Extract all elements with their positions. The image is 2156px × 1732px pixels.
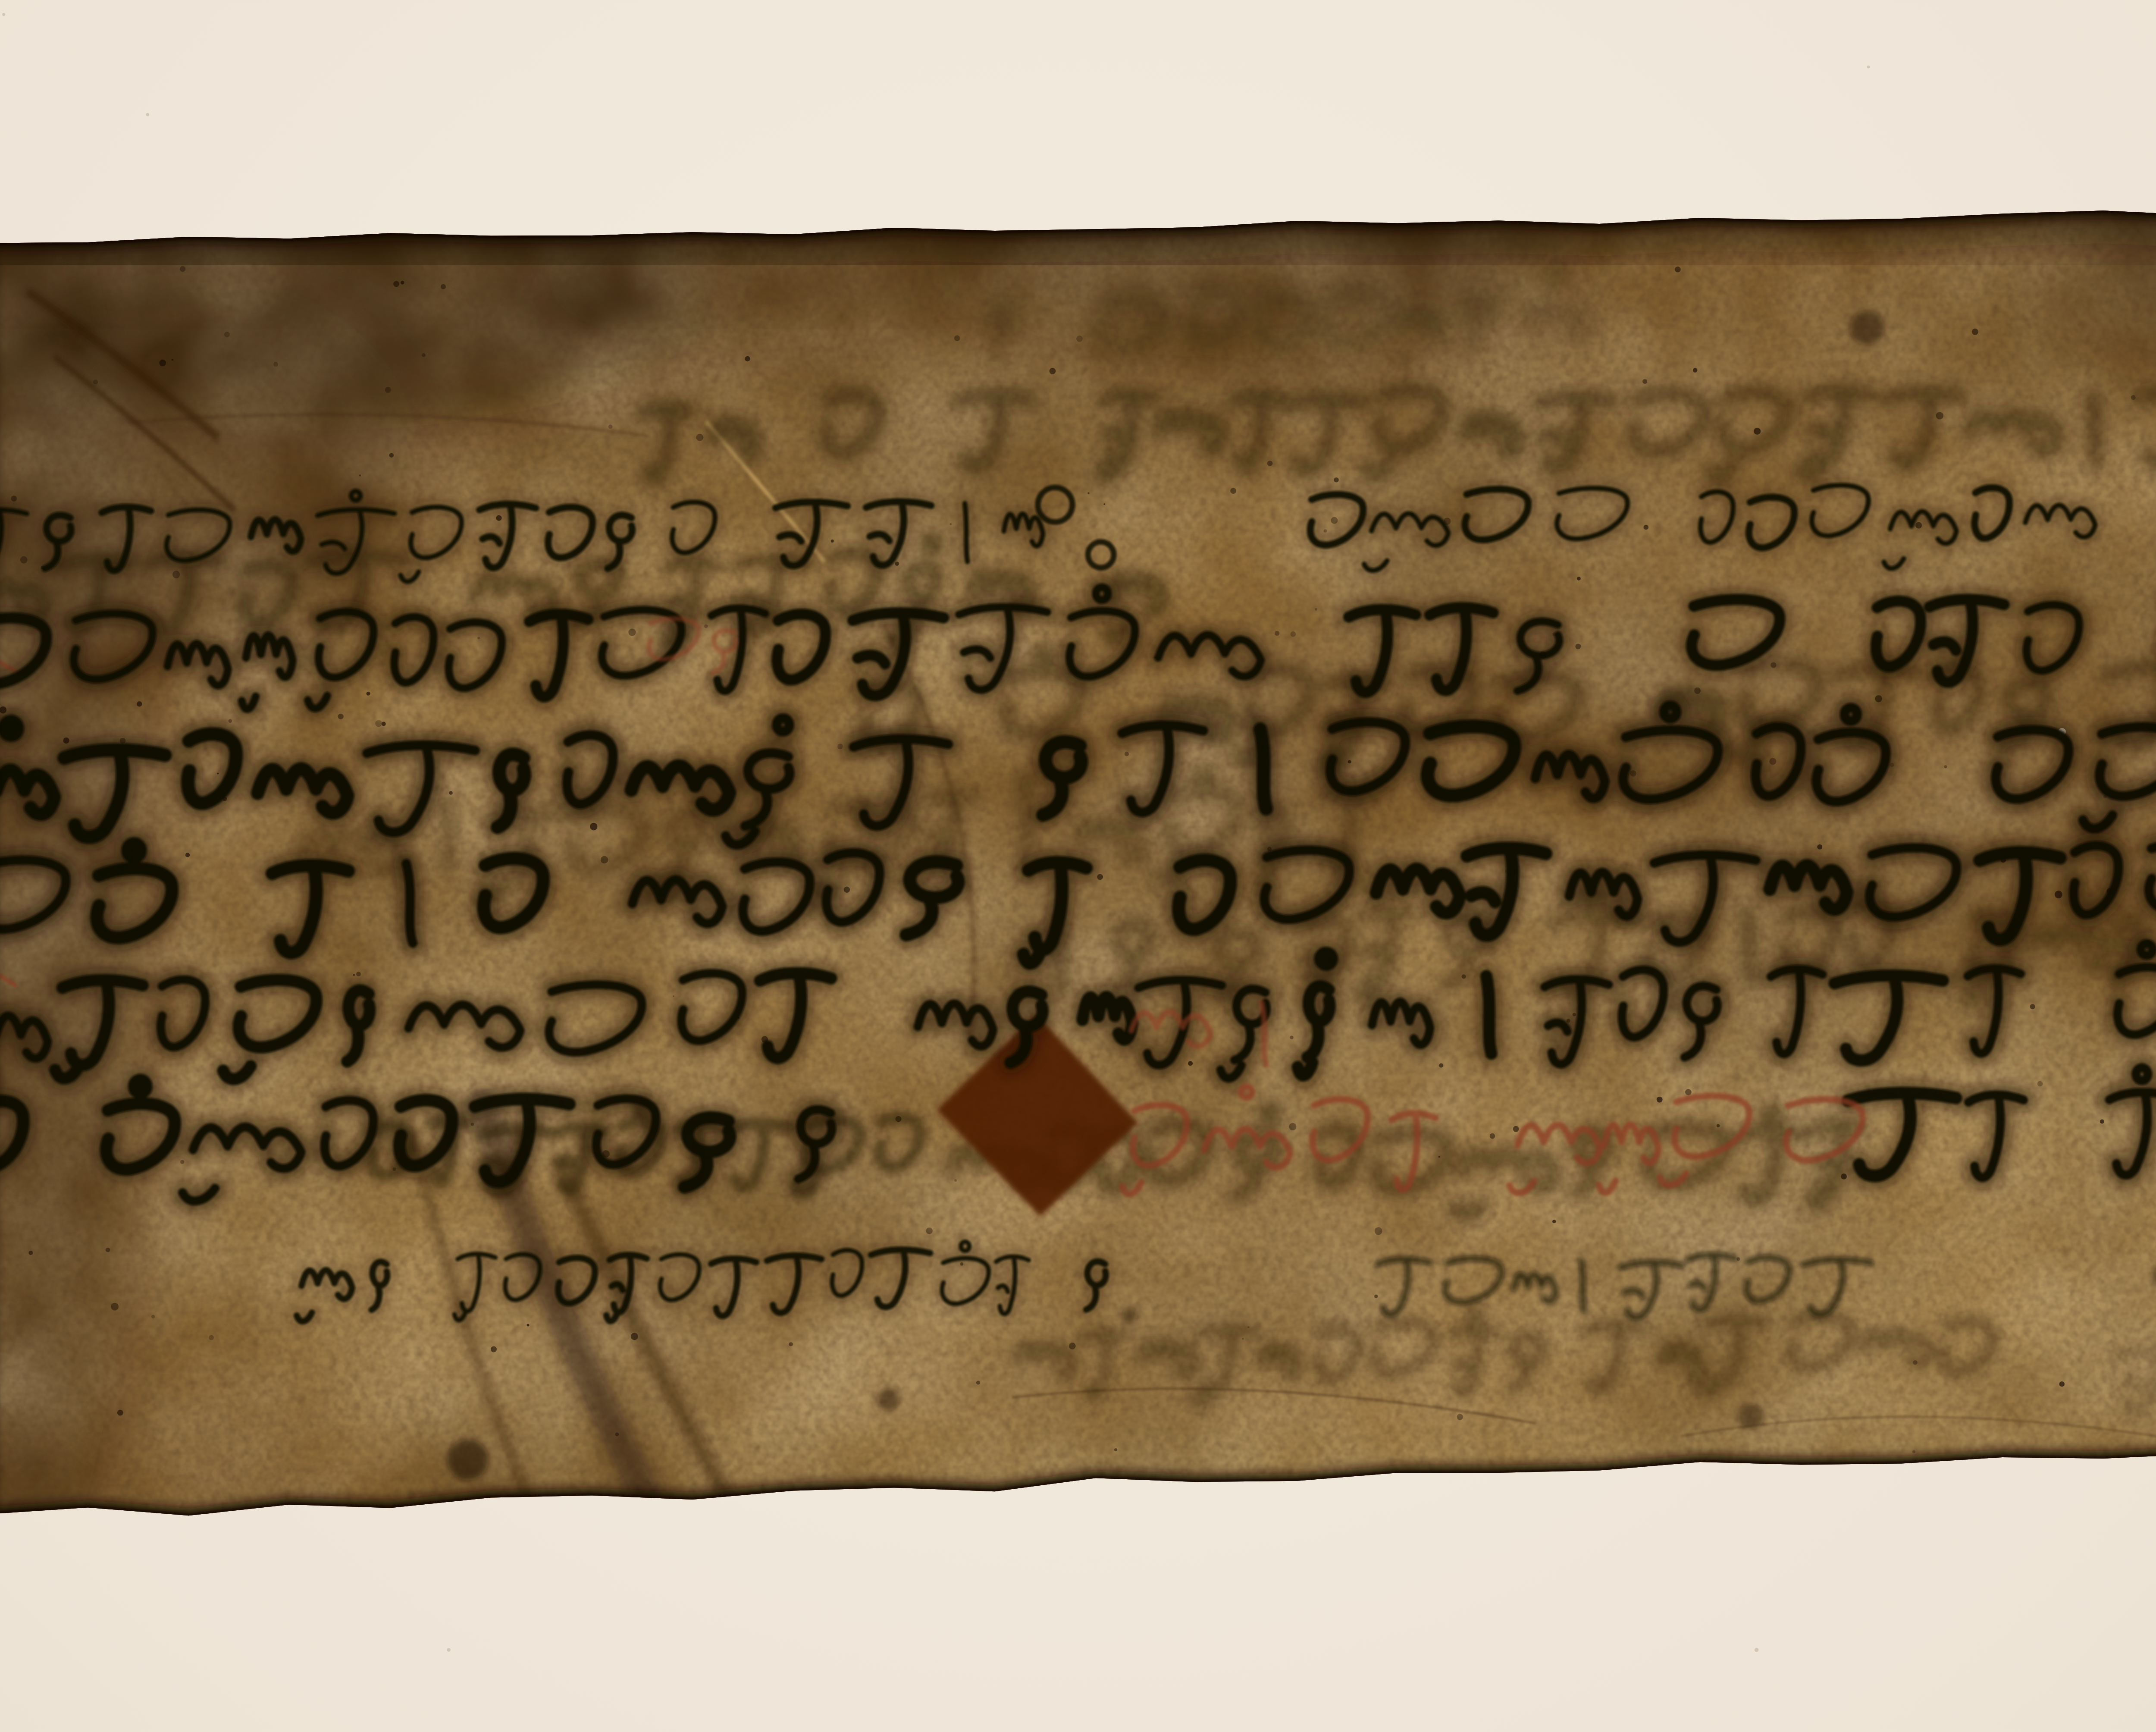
manuscript-leaf bbox=[0, 108, 2156, 1660]
photo-backdrop bbox=[0, 0, 2156, 1732]
manuscript-photo bbox=[0, 0, 2156, 1732]
